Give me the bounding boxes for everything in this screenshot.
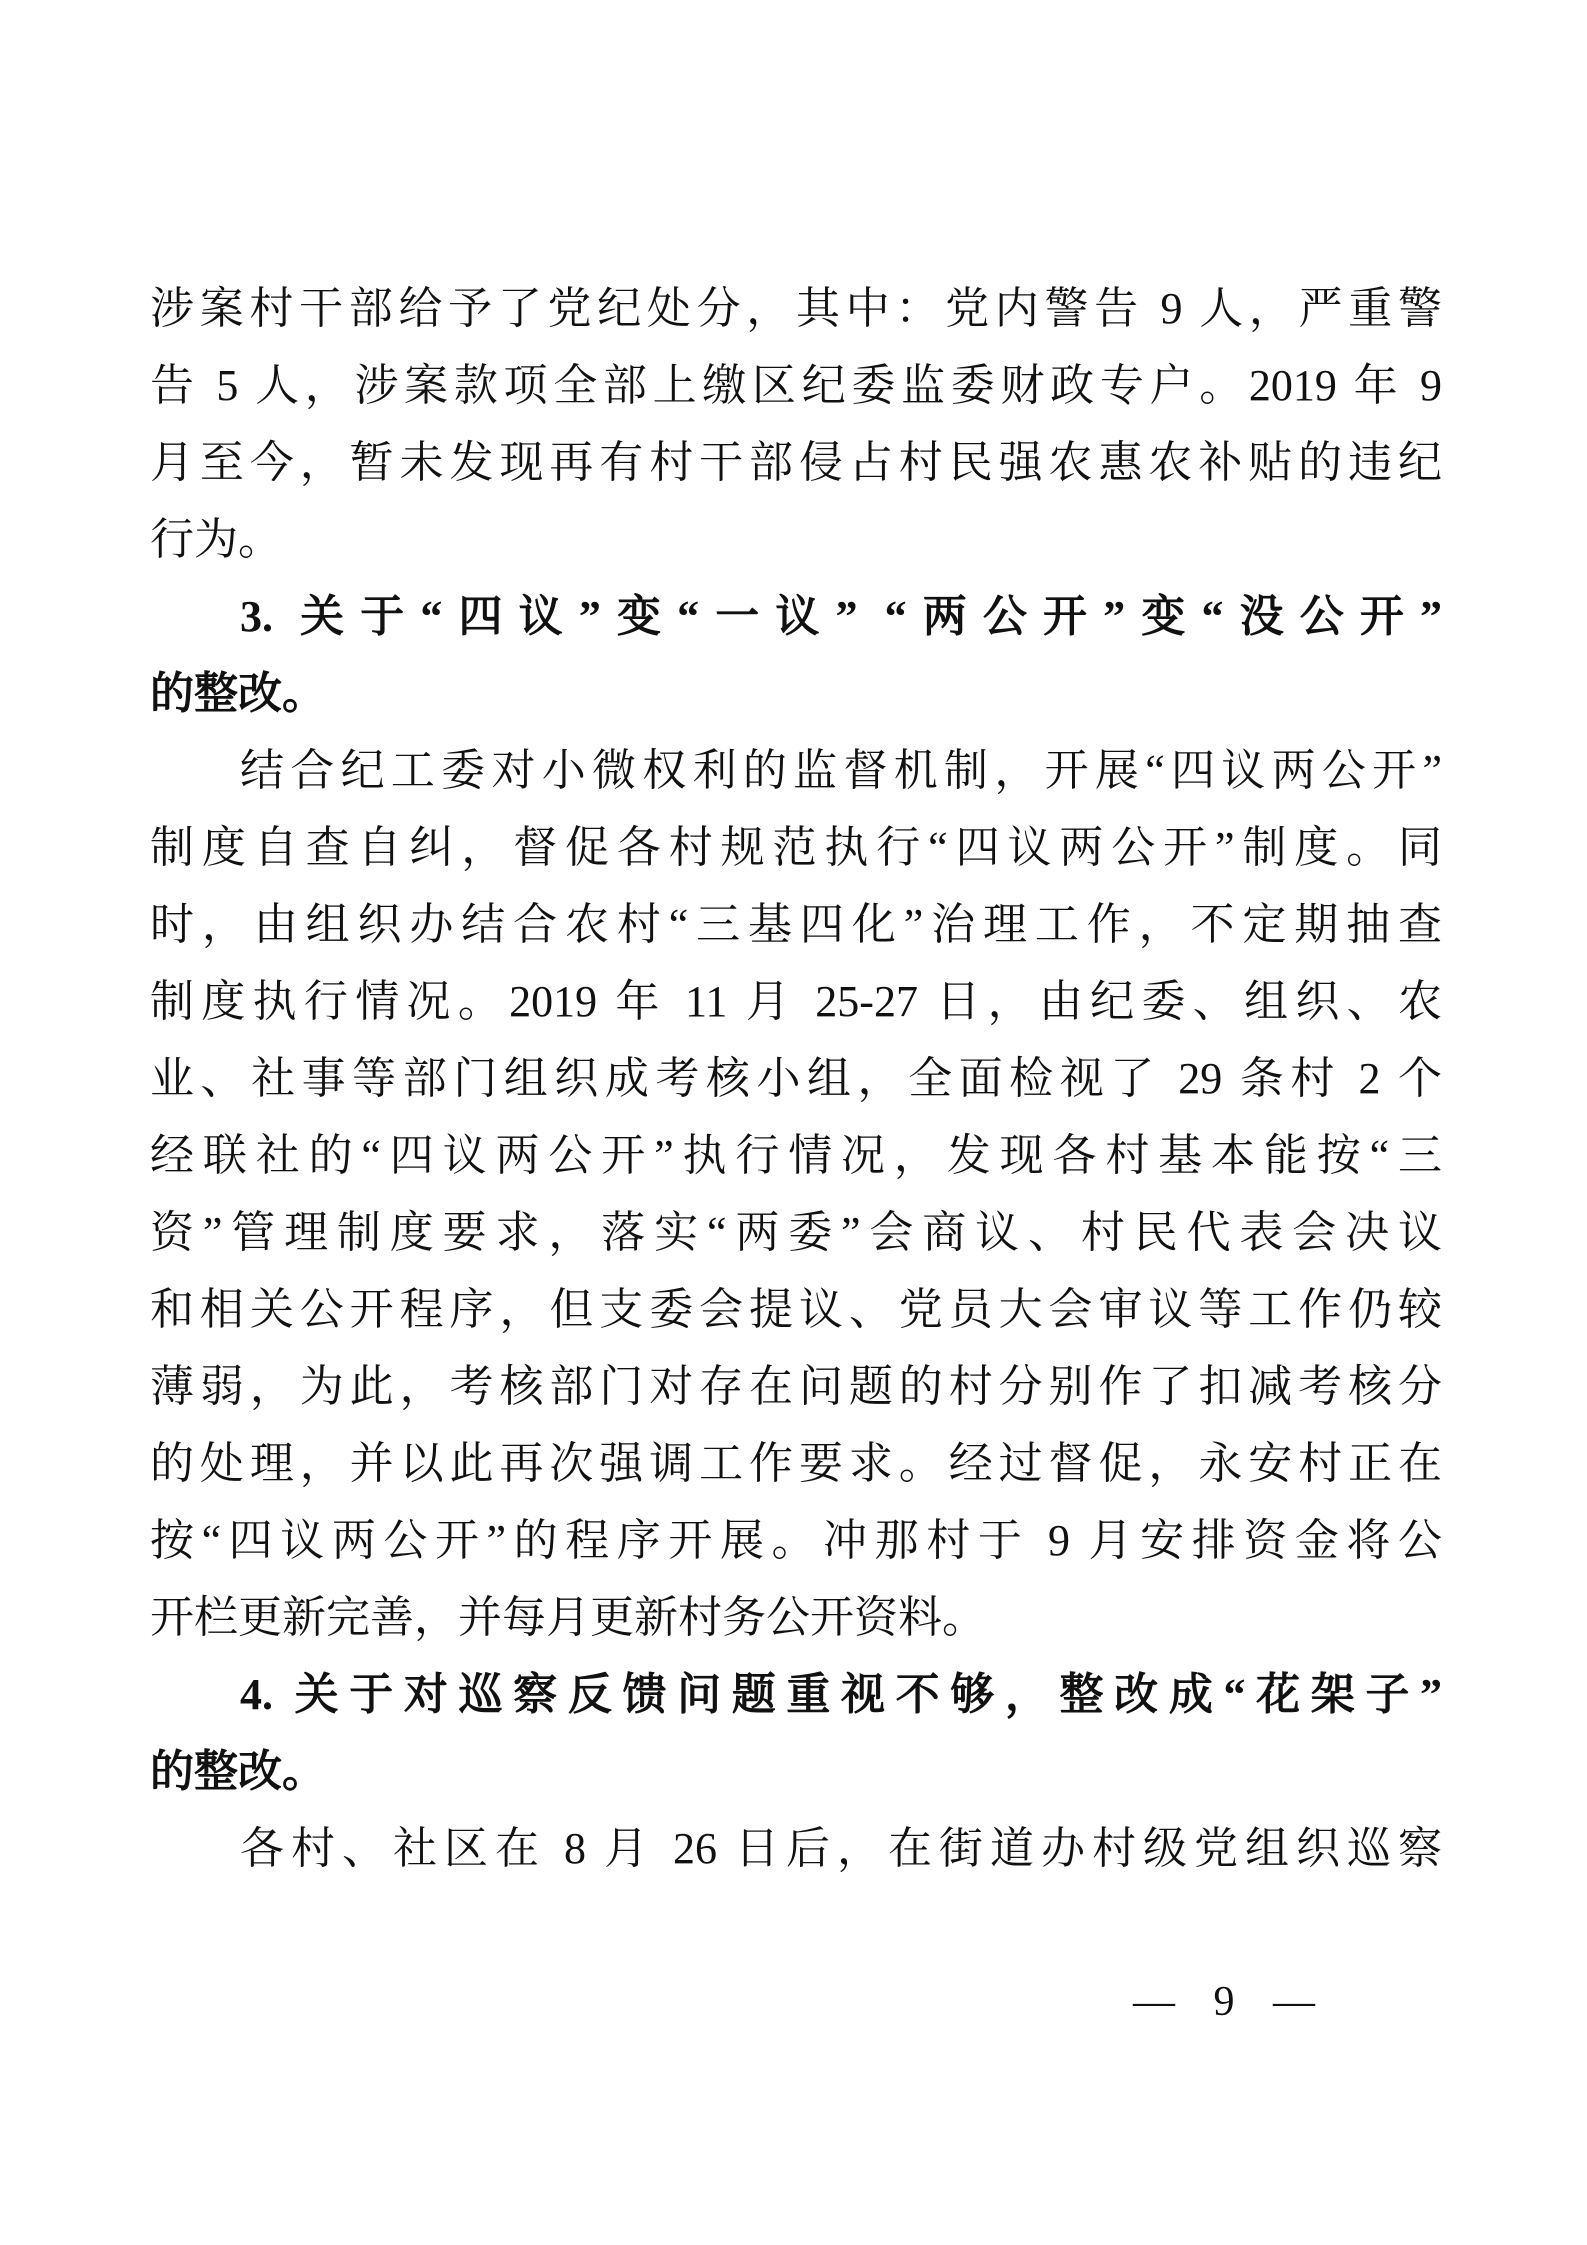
paragraph-line: 时，由组织办结合农村“三基四化”治理工作，不定期抽查	[150, 886, 1442, 963]
section-4-heading-line: 的整改。	[150, 1733, 1442, 1810]
paragraph-line: 涉案村干部给予了党纪处分，其中：党内警告 9 人，严重警	[150, 270, 1442, 347]
paragraph-line: 月至今，暂未发现再有村干部侵占村民强农惠农补贴的违纪	[150, 424, 1442, 501]
document-body: 涉案村干部给予了党纪处分，其中：党内警告 9 人，严重警 告 5 人，涉案款项全…	[150, 270, 1442, 1887]
section-4-heading-line: 4. 关于对巡察反馈问题重视不够，整改成“花架子”	[150, 1656, 1442, 1733]
section-3-heading-line: 的整改。	[150, 655, 1442, 732]
paragraph-line: 各村、社区在 8 月 26 日后，在街道办村级党组织巡察	[150, 1810, 1442, 1887]
paragraph-line: 经联社的“四议两公开”执行情况，发现各村基本能按“三	[150, 1117, 1442, 1194]
paragraph-line: 制度执行情况。2019 年 11 月 25-27 日，由纪委、组织、农	[150, 963, 1442, 1040]
paragraph-line: 行为。	[150, 501, 1442, 578]
paragraph-line: 制度自查自纠，督促各村规范执行“四议两公开”制度。同	[150, 809, 1442, 886]
document-page: 涉案村干部给予了党纪处分，其中：党内警告 9 人，严重警 告 5 人，涉案款项全…	[0, 0, 1587, 2245]
paragraph-line: 告 5 人，涉案款项全部上缴区纪委监委财政专户。2019 年 9	[150, 347, 1442, 424]
paragraph-line: 业、社事等部门组织成考核小组，全面检视了 29 条村 2 个	[150, 1040, 1442, 1117]
paragraph-line: 开栏更新完善，并每月更新村务公开资料。	[150, 1579, 1442, 1656]
paragraph-line: 结合纪工委对小微权利的监督机制，开展“四议两公开”	[150, 732, 1442, 809]
paragraph-line: 按“四议两公开”的程序开展。冲那村于 9 月安排资金将公	[150, 1502, 1442, 1579]
page-number: — 9 —	[1133, 1978, 1329, 2026]
section-3-heading-line: 3. 关于“四议”变“一议” “两公开”变“没公开”	[150, 578, 1442, 655]
paragraph-line: 的处理，并以此再次强调工作要求。经过督促，永安村正在	[150, 1425, 1442, 1502]
paragraph-line: 和相关公开程序，但支委会提议、党员大会审议等工作仍较	[150, 1271, 1442, 1348]
paragraph-line: 薄弱，为此，考核部门对存在问题的村分别作了扣减考核分	[150, 1348, 1442, 1425]
paragraph-line: 资”管理制度要求，落实“两委”会商议、村民代表会决议	[150, 1194, 1442, 1271]
